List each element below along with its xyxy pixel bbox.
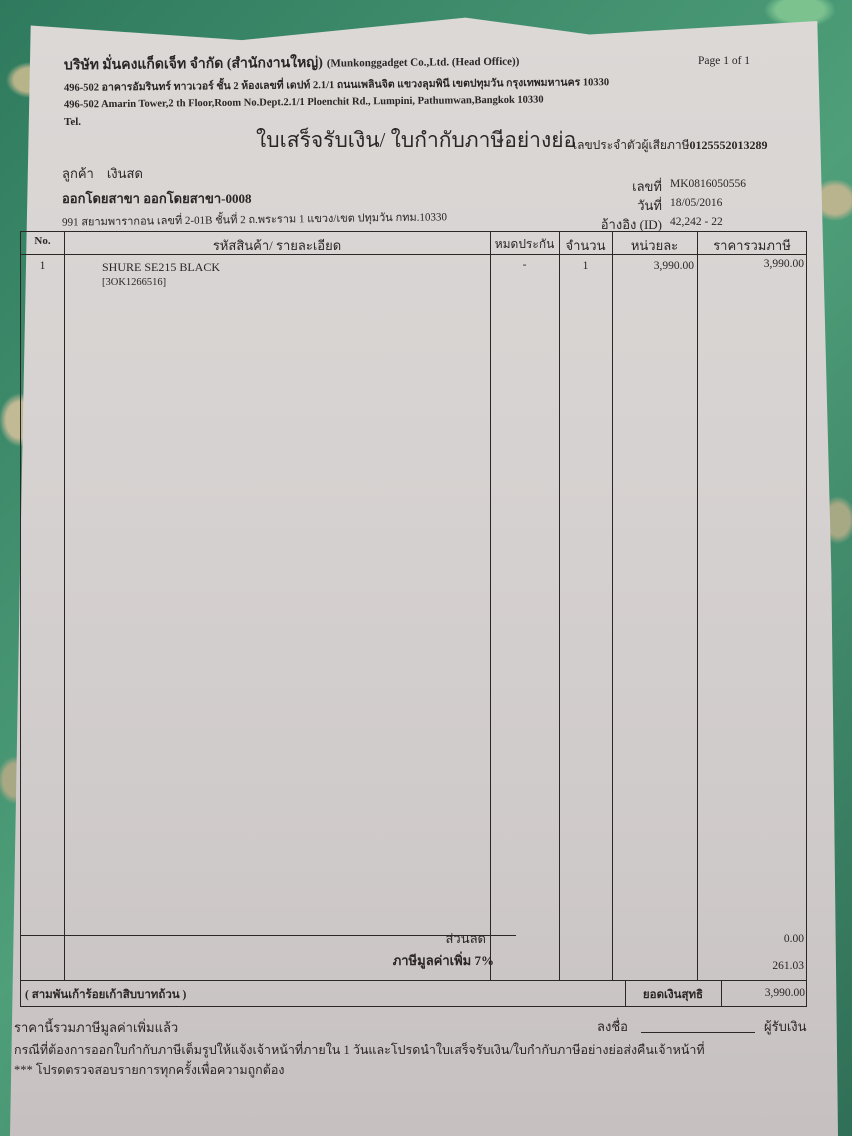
col-divider [64, 232, 65, 980]
items-table: No. รหัสสินค้า/ รายละเอียด หมดประกัน จำน… [20, 231, 807, 981]
customer-label: ลูกค้า [62, 166, 94, 181]
tax-id-label: เลขประจำตัวผู้เสียภาษี [573, 138, 690, 152]
vat-included-note: ราคานี้รวมภาษีมูลค่าเพิ่มแล้ว [14, 1017, 178, 1038]
customer-value: เงินสด [107, 166, 143, 181]
company-name-th: บริษัท มั่นคงแก็ดเจ็ท จำกัด (สำนักงานใหญ… [64, 56, 323, 74]
row-qty: 1 [559, 260, 612, 272]
doc-number-value: MK0816050556 [670, 178, 746, 190]
net-total-value: 3,990.00 [721, 987, 805, 999]
doc-number-label: เลขที่ [592, 176, 662, 197]
vat-label: ภาษีมูลค่าเพิ่ม 7% [64, 950, 494, 971]
receiver-label: ผู้รับเงิน [764, 1016, 807, 1037]
row-warranty: - [490, 259, 559, 271]
check-note: *** โปรดตรวจสอบรายการทุกครั้งเพื่อความถู… [14, 1060, 284, 1080]
vat-value: 261.03 [697, 960, 804, 972]
row-unit-price: 3,990.00 [612, 260, 694, 272]
tax-id: เลขประจำตัวผู้เสียภาษี0125552013289 [573, 136, 768, 155]
signature-label: ลงชื่อ [597, 1016, 628, 1037]
row-serial: [3OK1266516] [102, 277, 166, 288]
page-indicator: Page 1 of 1 [698, 55, 750, 67]
row-total: 3,990.00 [697, 258, 804, 270]
branch: ออกโดยสาขา ออกโดยสาขา-0008 [62, 188, 251, 209]
col-divider [697, 232, 698, 980]
signature-line [641, 1032, 755, 1033]
tax-id-value: 0125552013289 [690, 138, 768, 152]
col-divider [559, 232, 560, 980]
full-invoice-note: กรณีที่ต้องการออกใบกำกับภาษีเต็มรูปให้แจ… [14, 1040, 705, 1060]
row-no: 1 [21, 260, 64, 272]
branch-label: ออกโดยสาขา [62, 191, 140, 206]
col-divider [490, 232, 491, 980]
document-title: ใบเสร็จรับเงิน/ ใบกำกับภาษีอย่างย่อ [256, 124, 576, 157]
header-description: รหัสสินค้า/ รายละเอียด [64, 235, 490, 256]
doc-date-label: วันที่ [592, 195, 662, 216]
header-total: ราคารวมภาษี [697, 235, 807, 256]
header-warranty: หมดประกัน [490, 235, 559, 254]
company-tel-label: Tel. [64, 116, 81, 128]
branch-value: ออกโดยสาขา-0008 [143, 191, 251, 206]
company-name-en: (Munkonggadget Co.,Ltd. (Head Office)) [327, 56, 520, 70]
ref-id-value: 42,242 - 22 [670, 216, 723, 228]
header-unit-price: หน่วยละ [612, 235, 697, 256]
header-no: No. [21, 235, 64, 247]
doc-date-value: 18/05/2016 [670, 197, 722, 209]
header-qty: จำนวน [559, 235, 612, 256]
col-divider [612, 232, 613, 980]
discount-value: 0.00 [697, 933, 804, 945]
row-description: SHURE SE215 BLACK [102, 260, 220, 275]
customer: ลูกค้า เงินสด [62, 163, 143, 184]
total-row: ( สามพันเก้าร้อยเก้าสิบบาทถ้วน ) ยอดเงิน… [20, 981, 807, 1007]
discount-label: ส่วนลด [64, 928, 486, 949]
amount-in-words: ( สามพันเก้าร้อยเก้าสิบบาทถ้วน ) [25, 986, 186, 1004]
net-total-label: ยอดเงินสุทธิ [625, 986, 721, 1004]
